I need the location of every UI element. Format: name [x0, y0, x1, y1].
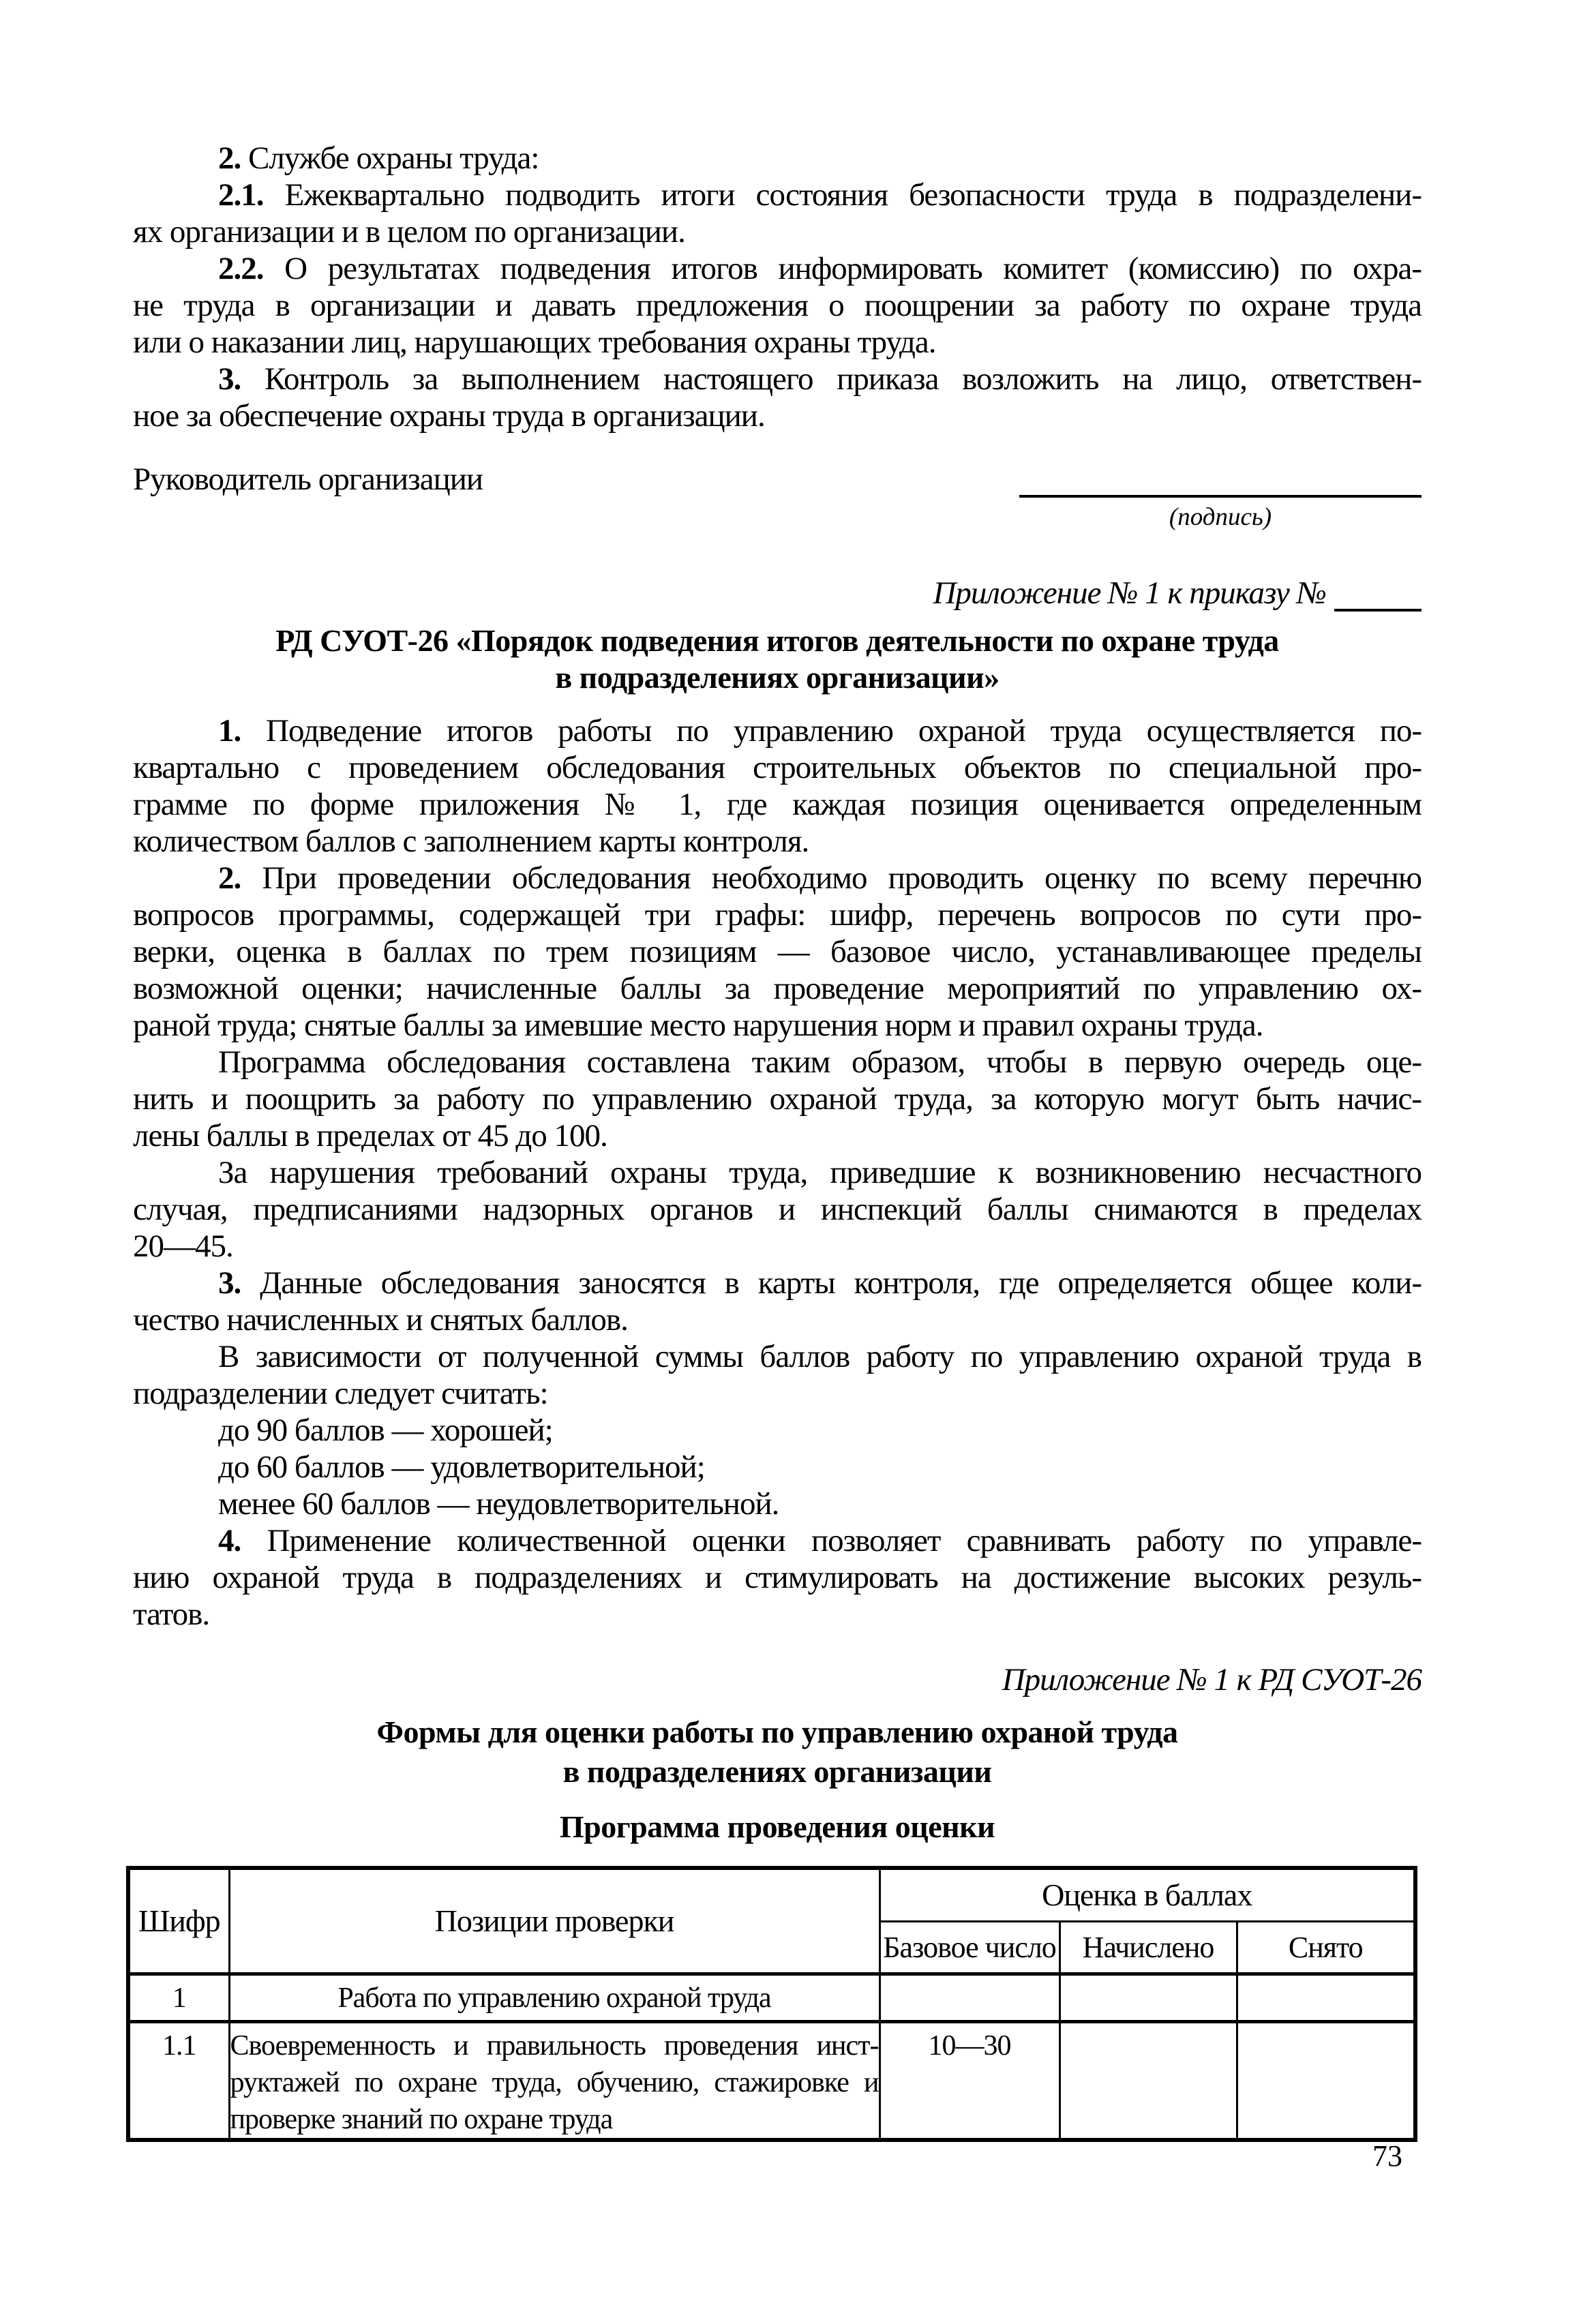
page-number: 73 [1372, 2139, 1402, 2173]
cell-code: 1.1 [128, 2022, 229, 2141]
cell-position: Своевременность и правильность проведени… [229, 2022, 879, 2141]
text-span: Контроль за выполнением настоящего прика… [241, 361, 1422, 397]
text-line: менее 60 баллов — неудовлетворительной. [133, 1485, 1422, 1522]
cell-removed [1237, 1974, 1415, 2022]
text-line: татов. [133, 1596, 1422, 1633]
body-paragraph: В зависимости от полученной суммы баллов… [133, 1338, 1422, 1412]
table-header-row-1: Шифр Позиции проверки Оценка в баллах [128, 1868, 1415, 1922]
signature-caption-row: (подпись) [133, 502, 1422, 532]
body-paragraph: 1. Подведение итогов работы по управлени… [133, 712, 1422, 860]
signature-row: Руководитель организации [133, 461, 1422, 498]
paragraph-number: 3. [218, 1265, 241, 1301]
column-header-accrued: Начислено [1059, 1922, 1237, 1974]
text-line: случая, предписаниями надзорных органов … [133, 1191, 1422, 1228]
text-line: 3. Контроль за выполнением настоящего пр… [133, 361, 1422, 397]
annex-reference-order: Приложение № 1 к приказу № [133, 575, 1422, 612]
text-line: проверке знаний по охране труда [230, 2101, 879, 2138]
text-line: ях организации и в целом по организации. [133, 213, 1422, 250]
program-subtitle: Программа проведения оценки [133, 1809, 1422, 1845]
paragraph-number: 2. [218, 140, 241, 176]
paragraph-number: 2.1. [218, 177, 264, 213]
text-line: 4. Применение количественной оценки позв… [133, 1522, 1422, 1559]
text-line: За нарушения требований охраны труда, пр… [133, 1154, 1422, 1191]
text-line: 2.2. О результатах подведения итогов инф… [133, 250, 1422, 287]
order-paragraph: 3. Контроль за выполнением настоящего пр… [133, 361, 1422, 434]
document-title: РД СУОТ-26 «Порядок подведения итогов де… [133, 622, 1422, 696]
text-line: грамме по форме приложения № 1, где кажд… [133, 786, 1422, 823]
order-number-blank [1334, 577, 1422, 612]
cell-accrued [1059, 1974, 1237, 2022]
body-paragraph: до 90 баллов — хорошей; [133, 1412, 1422, 1449]
title-line: РД СУОТ-26 «Порядок подведения итогов де… [133, 622, 1422, 659]
document-page: 2. Службе охраны труда: 2.1. Ежекварталь… [0, 0, 1594, 2324]
text-line: квартально с проведением обследования ст… [133, 749, 1422, 786]
text-line: нию охраной труда в подразделениях и сти… [133, 1559, 1422, 1596]
cell-base: 10—30 [879, 2022, 1059, 2141]
text-line: 2.1. Ежеквартально подводить итоги состо… [133, 177, 1422, 213]
paragraph-number: 2.2. [218, 251, 264, 286]
text-span: Данные обследования заносятся в карты ко… [241, 1265, 1422, 1301]
text-line: 2. При проведении обследования необходим… [133, 860, 1422, 896]
column-group-header-score: Оценка в баллах [879, 1868, 1415, 1922]
paragraph-number: 4. [218, 1523, 241, 1558]
table-row: 1.1 Своевременность и правильность прове… [128, 2022, 1415, 2141]
text-line: ное за обеспечение охраны труда в органи… [133, 397, 1422, 434]
signer-label: Руководитель организации [133, 461, 483, 498]
forms-title: Формы для оценки работы по управлению ох… [133, 1712, 1422, 1792]
signature-caption: (подпись) [1019, 502, 1422, 532]
body-paragraph: 4. Применение количественной оценки позв… [133, 1522, 1422, 1633]
paragraph-number: 1. [218, 713, 241, 749]
text-span: Подведение итогов работы по управлению о… [241, 713, 1422, 749]
table-row: 1 Работа по управлению охраной труда [128, 1974, 1415, 2022]
cell-accrued [1059, 2022, 1237, 2141]
text-line: 3. Данные обследования заносятся в карты… [133, 1265, 1422, 1301]
text-block: 2. Службе охраны труда: 2.1. Ежекварталь… [133, 140, 1422, 2142]
text-line: В зависимости от полученной суммы баллов… [133, 1338, 1422, 1375]
body-paragraph: За нарушения требований охраны труда, пр… [133, 1154, 1422, 1265]
text-line: количеством баллов с заполнением карты к… [133, 823, 1422, 860]
annex-reference-rd: Приложение № 1 к РД СУОТ-26 [133, 1661, 1422, 1698]
column-header-base: Базовое число [879, 1922, 1059, 1974]
column-header-removed: Снято [1237, 1922, 1415, 1974]
text-span: Применение количественной оценки позволя… [241, 1523, 1422, 1558]
text-span: Ежеквартально подводить итоги состояния … [264, 177, 1422, 213]
paragraph-number: 3. [218, 361, 241, 397]
text-line: 2. Службе охраны труда: [133, 140, 1422, 177]
evaluation-table: Шифр Позиции проверки Оценка в баллах Ба… [126, 1866, 1417, 2142]
cell-base [879, 1974, 1059, 2022]
order-paragraph: 2.1. Ежеквартально подводить итоги состо… [133, 177, 1422, 250]
cell-code: 1 [128, 1974, 229, 2022]
order-paragraph: 2.2. О результатах подведения итогов инф… [133, 250, 1422, 361]
text-line: чество начисленных и снятых баллов. [133, 1301, 1422, 1338]
paragraph-number: 2. [218, 860, 241, 896]
text-line: не труда в организации и давать предложе… [133, 287, 1422, 324]
column-header-positions: Позиции проверки [229, 1868, 879, 1974]
text-line: лены баллы в пределах от 45 до 100. [133, 1117, 1422, 1154]
text-line: нить и поощрить за работу по управлению … [133, 1081, 1422, 1117]
text-line: возможной оценки; начисленные баллы за п… [133, 970, 1422, 1007]
text-line: раной труда; снятые баллы за имевшие мес… [133, 1007, 1422, 1044]
body-paragraph: до 60 баллов — удовлетворительной; [133, 1449, 1422, 1485]
text-line: или о наказании лиц, нарушающих требован… [133, 324, 1422, 361]
body-paragraph: 2. При проведении обследования необходим… [133, 860, 1422, 1044]
body-paragraph: менее 60 баллов — неудовлетворительной. [133, 1485, 1422, 1522]
text-line: Программа обследования составлена таким … [133, 1044, 1422, 1081]
column-header-code: Шифр [128, 1868, 229, 1974]
body-paragraph: Программа обследования составлена таким … [133, 1044, 1422, 1154]
order-paragraph: 2. Службе охраны труда: [133, 140, 1422, 177]
text-line: до 90 баллов — хорошей; [133, 1412, 1422, 1449]
text-span: О результатах подведения итогов информир… [264, 251, 1422, 286]
text-line: вопросов программы, содержащей три графы… [133, 896, 1422, 933]
annex-reference-text: Приложение № 1 к приказу № [933, 575, 1326, 612]
cell-removed [1237, 2022, 1415, 2141]
title-line: в подразделениях организации» [133, 659, 1422, 696]
title-line: в подразделениях организации [133, 1752, 1422, 1792]
text-line: 20—45. [133, 1228, 1422, 1265]
text-line: верки, оценка в баллах по трем позициям … [133, 933, 1422, 970]
text-span: При проведении обследования необходимо п… [241, 860, 1422, 896]
text-line: 1. Подведение итогов работы по управлени… [133, 712, 1422, 749]
text-line: подразделении следует считать: [133, 1375, 1422, 1412]
signature-line [1019, 464, 1422, 498]
text-line: до 60 баллов — удовлетворительной; [133, 1449, 1422, 1485]
body-paragraph: 3. Данные обследования заносятся в карты… [133, 1265, 1422, 1338]
cell-position: Работа по управлению охраной труда [229, 1974, 879, 2022]
title-line: Формы для оценки работы по управлению ох… [133, 1712, 1422, 1752]
text-line: руктажей по охране труда, обучению, стаж… [230, 2064, 879, 2101]
text-line: Своевременность и правильность проведени… [230, 2027, 879, 2064]
text-span: Службе охраны труда: [241, 140, 539, 176]
